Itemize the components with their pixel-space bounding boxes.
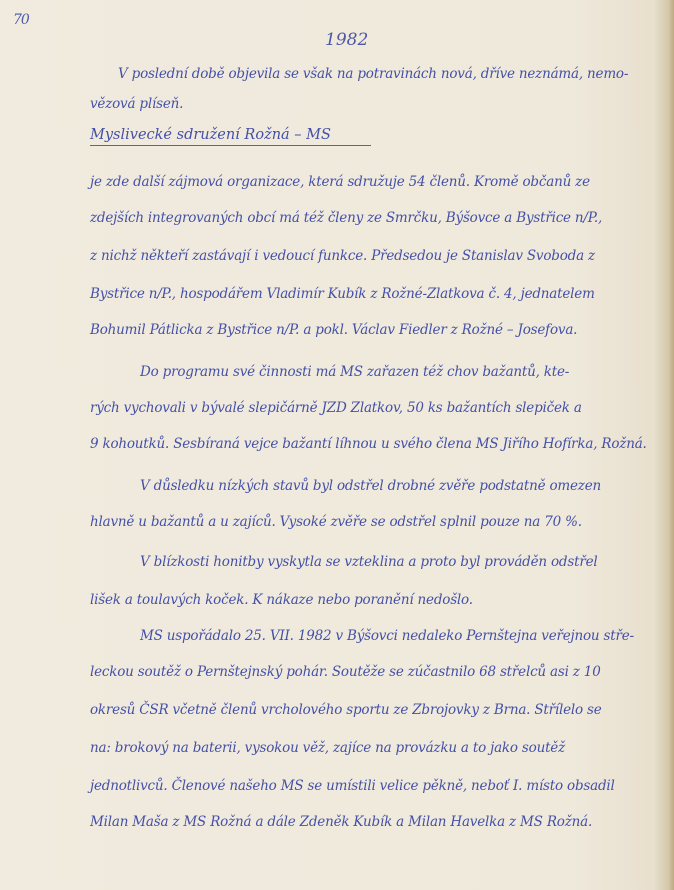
- paragraph-1-line-3: z nichž někteří zastávají i vedoucí funk…: [90, 248, 595, 264]
- paragraph-4-line-2: lišek a toulavých koček. K nákaze nebo p…: [90, 592, 473, 608]
- paragraph-5-line-4: na: brokový na baterii, vysokou věž, zaj…: [90, 740, 565, 756]
- paragraph-2-line-3: 9 kohoutků. Sesbíraná vejce bažantí líhn…: [90, 436, 647, 452]
- handwritten-chronicle-page: 70 1982 V poslední době objevila se však…: [0, 0, 674, 890]
- paragraph-2-line-2: rých vychovali v bývalé slepičárně JZD Z…: [90, 400, 582, 416]
- paragraph-1-line-4: Bystřice n/P., hospodářem Vladimír Kubík…: [90, 286, 595, 302]
- page-number: 70: [13, 12, 29, 28]
- paragraph-5-line-6: Milan Maša z MS Rožná a dále Zdeněk Kubí…: [90, 814, 592, 830]
- paragraph-3-line-2: hlavně u bažantů a u zajíců. Vysoké zvěř…: [90, 514, 582, 530]
- paragraph-5-line-3: okresů ČSR včetně členů vrcholového spor…: [90, 702, 602, 718]
- paragraph-1-line-2: zdejších integrovaných obcí má též členy…: [90, 210, 602, 226]
- paragraph-5-line-1: MS uspořádalo 25. VII. 1982 v Býšovci ne…: [140, 628, 634, 644]
- paragraph-1-line-5: Bohumil Pátlicka z Bystřice n/P. a pokl.…: [90, 322, 577, 338]
- section-heading: Myslivecké sdružení Rožná – MS: [90, 127, 371, 146]
- intro-line-1: V poslední době objevila se však na potr…: [118, 66, 628, 82]
- paragraph-4-line-1: V blízkosti honitby vyskytla se vzteklin…: [140, 554, 598, 570]
- paragraph-5-line-2: leckou soutěž o Pernštejnský pohár. Sout…: [90, 664, 601, 680]
- paragraph-1-line-1: je zde další zájmová organizace, která s…: [90, 174, 590, 190]
- paragraph-2-line-1: Do programu své činnosti má MS zařazen t…: [140, 364, 569, 380]
- paragraph-5-line-5: jednotlivců. Členové našeho MS se umísti…: [90, 778, 615, 794]
- binding-edge: [668, 0, 674, 890]
- year-header: 1982: [325, 30, 368, 50]
- intro-line-2: vězová plíseň.: [90, 96, 183, 112]
- paragraph-3-line-1: V důsledku nízkých stavů byl odstřel dro…: [140, 478, 601, 494]
